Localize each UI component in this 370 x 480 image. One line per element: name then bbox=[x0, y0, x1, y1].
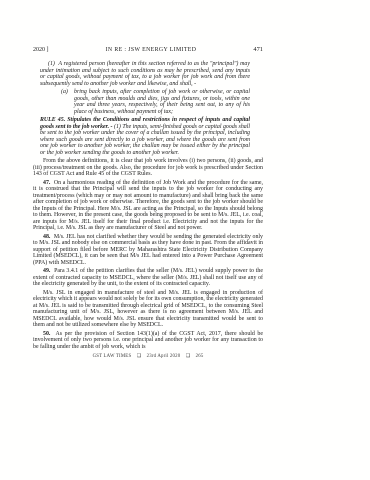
document-page: 2020 ] IN RE : JSW ENERGY LIMITED 471 (1… bbox=[0, 0, 370, 480]
paragraph-48: 48. M/s. JEL has not clarified whether t… bbox=[33, 234, 263, 267]
paragraph-47: 47. On a harmonious reading of the defin… bbox=[33, 180, 263, 232]
paragraph-jsl-msedcl: M/s. JSL in engaged in manufacture of st… bbox=[33, 290, 263, 329]
paragraph-49: 49. Para 3.4.1 of the petition clarifies… bbox=[33, 268, 263, 288]
page-footer: GST LAW TIMES ❏ 23rd April 2020 ❏ 265 bbox=[33, 354, 263, 360]
paragraph-50-number: 50. bbox=[43, 331, 50, 337]
header-page-number: 471 bbox=[253, 46, 263, 53]
paragraph-49-number: 49. bbox=[43, 268, 50, 274]
paragraph-49-text: Para 3.4.1 of the petition clarifies tha… bbox=[33, 268, 263, 287]
paragraph-definitions-text: From the above definitions, it is clear … bbox=[33, 158, 263, 177]
square-bullet-icon: ❏ bbox=[137, 354, 142, 359]
paragraph-47-text: On a harmonious reading of the definitio… bbox=[33, 180, 263, 232]
square-bullet-icon: ❏ bbox=[186, 354, 191, 359]
paragraph-jsl-msedcl-text: M/s. JSL in engaged in manufacture of st… bbox=[33, 290, 263, 329]
footer-journal-name: GST LAW TIMES bbox=[93, 354, 132, 359]
footer-print-date: 23rd April 2020 bbox=[147, 354, 181, 359]
quote-section-text: A registered person (hereafter in this s… bbox=[40, 61, 250, 87]
header-year: 2020 ] bbox=[33, 47, 49, 54]
rule-45-paragraph: RULE 45. Stipulates the Conditions and r… bbox=[40, 117, 250, 156]
paragraph-50: 50. As per the provision of Section 143(… bbox=[33, 331, 263, 351]
quote-section-number: (1) bbox=[48, 61, 55, 67]
quote-section-143: (1) A registered person (hereafter in th… bbox=[40, 61, 250, 87]
quote-clause-a: (a)bring back inputs, after completion o… bbox=[61, 89, 250, 115]
header-case-title: IN RE : JSW ENERGY LIMITED bbox=[106, 47, 197, 54]
paragraph-47-number: 47. bbox=[43, 180, 50, 186]
paragraph-50-text: As per the provision of Section 143(1)(a… bbox=[33, 331, 263, 350]
paragraph-48-number: 48. bbox=[43, 234, 50, 240]
paragraph-48-text: M/s. JEL has not clarified whether they … bbox=[33, 234, 263, 266]
clause-a-label: (a) bbox=[61, 89, 68, 96]
clause-a-text: bring back inputs, after completion of j… bbox=[74, 89, 250, 115]
page-header: 2020 ] IN RE : JSW ENERGY LIMITED 471 bbox=[33, 46, 263, 54]
footer-sheet-number: 265 bbox=[196, 354, 204, 359]
paragraph-definitions: From the above definitions, it is clear … bbox=[33, 158, 263, 178]
